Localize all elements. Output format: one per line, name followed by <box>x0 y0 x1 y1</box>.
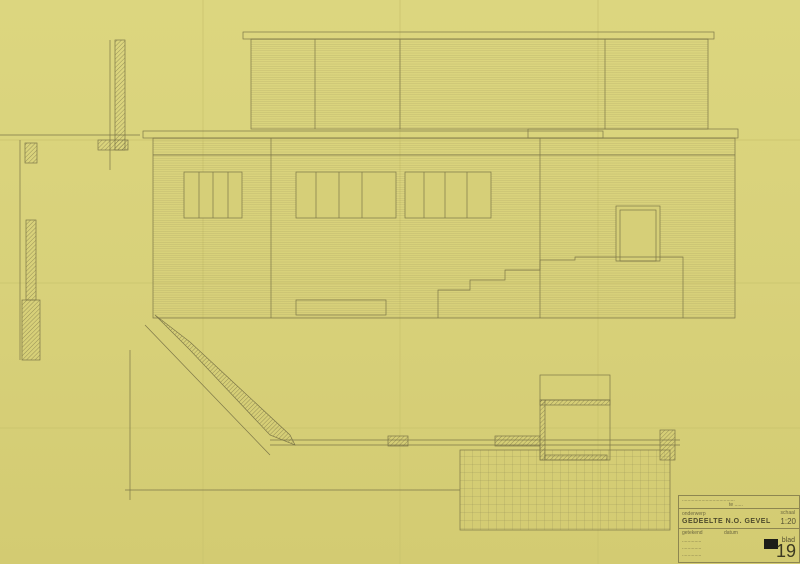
elevation-drawing <box>0 0 800 564</box>
notes-line: .............. <box>682 545 701 551</box>
header-line-1: ...................................... <box>682 497 735 503</box>
notes-line: .............. <box>682 552 701 558</box>
notes-line: .............. <box>682 538 701 544</box>
scale-label: schaal <box>781 510 795 516</box>
sheet-number: 19 <box>776 541 796 562</box>
scale-value: 1:20 <box>780 517 796 526</box>
drawing-sheet: ...................................... t… <box>0 0 800 564</box>
header-line-2: te ...... <box>729 502 743 508</box>
project-label: onderwerp <box>682 511 706 517</box>
drawing-no-label: getekend <box>682 530 703 536</box>
drawn-label: datum <box>724 530 738 536</box>
title-block: ...................................... t… <box>678 495 800 563</box>
drawing-title: GEDEELTE N.O. GEVEL <box>682 518 771 525</box>
